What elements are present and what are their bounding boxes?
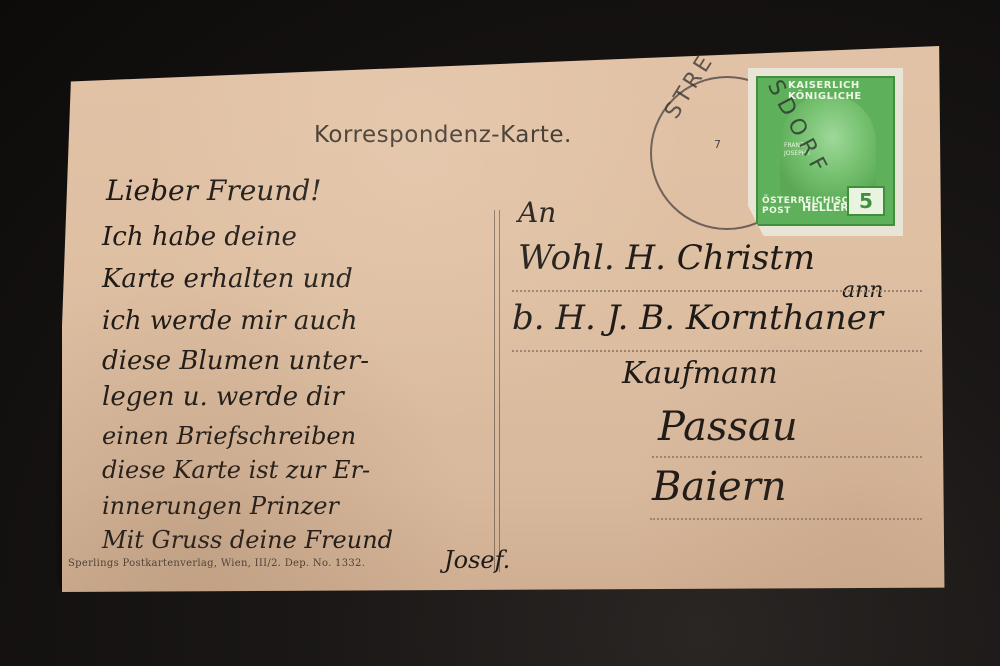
- address-line: Passau: [658, 404, 798, 450]
- postcard: Korrespondenz-Karte. Lieber Freund! Ich …: [62, 46, 948, 592]
- address-line: Wohl. H. Christm: [518, 238, 815, 278]
- address-line: An: [518, 196, 556, 229]
- message-line: innerungen Prinzer: [102, 492, 339, 520]
- publisher-imprint: Sperlings Postkartenverlag, Wien, III/2.…: [68, 558, 365, 569]
- message-line: Ich habe deine: [102, 222, 297, 252]
- address-dotted-line: [512, 350, 922, 352]
- message-line: diese Karte ist zur Er-: [102, 456, 370, 484]
- address-line: Kaufmann: [622, 356, 778, 391]
- postmark-day: 7: [714, 138, 721, 151]
- message-line: diese Blumen unter-: [102, 346, 369, 376]
- address-dotted-line: [650, 518, 922, 520]
- card-divider-line: [494, 210, 500, 572]
- stamp-value: 5: [847, 186, 885, 216]
- message-line: Karte erhalten und: [102, 264, 353, 294]
- message-line: legen u. werde dir: [102, 382, 344, 412]
- signature: Josef.: [444, 546, 510, 574]
- message-line: Lieber Freund!: [106, 174, 322, 207]
- address-dotted-line: [652, 456, 922, 458]
- card-title: Korrespondenz-Karte.: [314, 122, 572, 148]
- address-line: Baiern: [652, 464, 787, 510]
- address-dotted-line: [512, 290, 922, 292]
- message-line: Mit Gruss deine Freund: [102, 526, 393, 554]
- message-line: einen Briefschreiben: [102, 422, 356, 450]
- message-line: ich werde mir auch: [102, 306, 357, 336]
- stamp-denomination-label: HELLER: [802, 201, 849, 214]
- address-line: b. H. J. B. Kornthaner: [512, 298, 883, 338]
- stamp-top-text: KAISERLICH KÖNIGLICHE: [788, 80, 893, 102]
